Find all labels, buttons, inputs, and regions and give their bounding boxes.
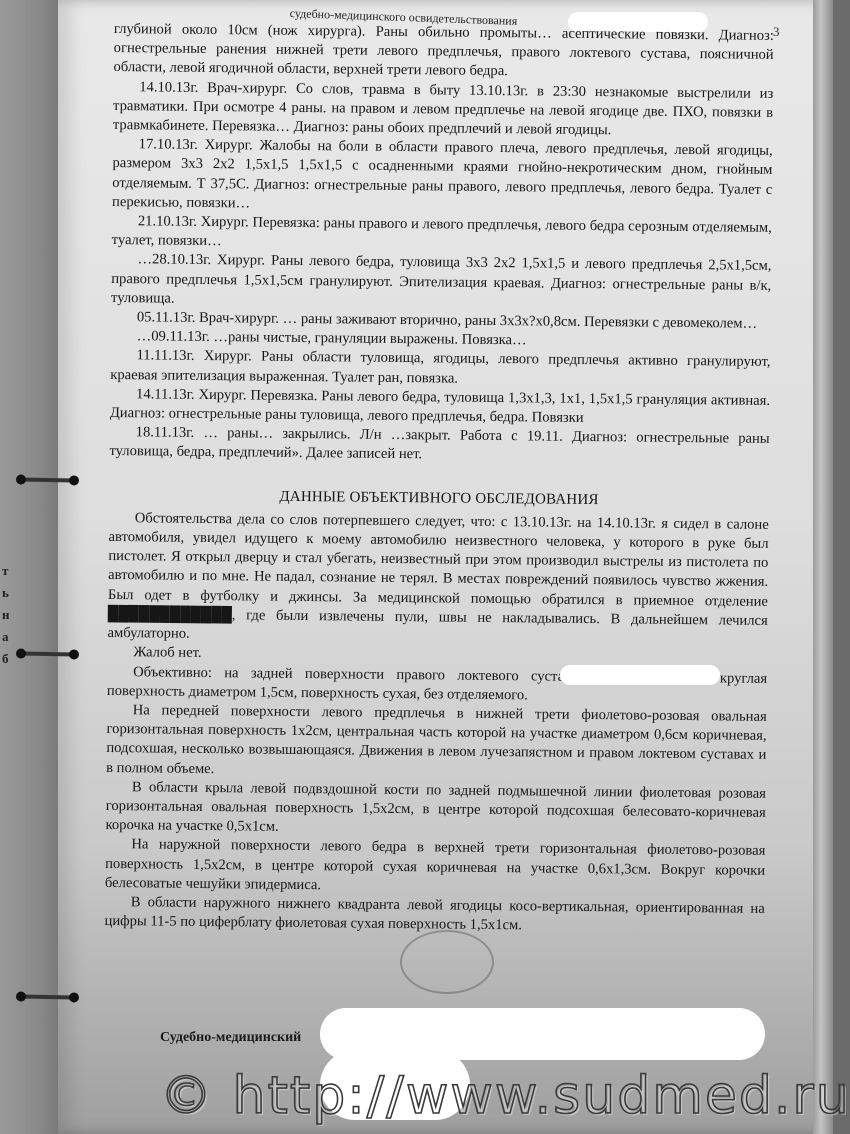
paragraph: В области крыла левой подвздошной кости …: [105, 778, 766, 843]
previous-page-edge: тьнаб: [0, 0, 62, 1134]
paragraph: 17.10.13г. Хирург. Жалобы на боли в обла…: [112, 135, 773, 219]
objective-examination: Обстоятельства дела со слов потерпевшего…: [104, 509, 768, 938]
paragraph: На передней поверхности левого предплечь…: [106, 701, 767, 785]
paragraph: Обстоятельства дела со слов потерпевшего…: [107, 509, 768, 650]
section-title: ДАННЫЕ ОБЪЕКТИВНОГО ОБСЛЕДОВАНИЯ: [109, 486, 769, 512]
previous-page-text-fragments: тьнаб: [2, 560, 16, 670]
paragraph: глубиной около 10см (нож хирурга). Раны …: [113, 20, 774, 85]
redaction-hospital: [560, 665, 720, 685]
stamp-mark: [400, 930, 494, 994]
page-stack-edge: [813, 0, 833, 1134]
paragraph: 18.11.13г. … раны… закрылись. Л/н …закры…: [109, 423, 769, 468]
paragraph: На наружной поверхности левого бедра в в…: [105, 835, 766, 900]
paragraph: …28.10.13г. Хирург. Раны левого бедра, т…: [111, 250, 772, 315]
signature-label: Судебно-медицинский: [160, 1030, 301, 1046]
paragraph: 14.10.13г. Врач-хирург. Со слов, травма …: [113, 78, 774, 143]
watermark: © http://www.sudmed.ru: [160, 1066, 850, 1126]
paragraph: 11.11.13г. Хирург. Раны области туловища…: [110, 346, 770, 391]
document-body: глубиной около 10см (нож хирурга). Раны …: [104, 20, 774, 938]
medical-records-excerpt: глубиной около 10см (нож хирурга). Раны …: [109, 20, 774, 469]
